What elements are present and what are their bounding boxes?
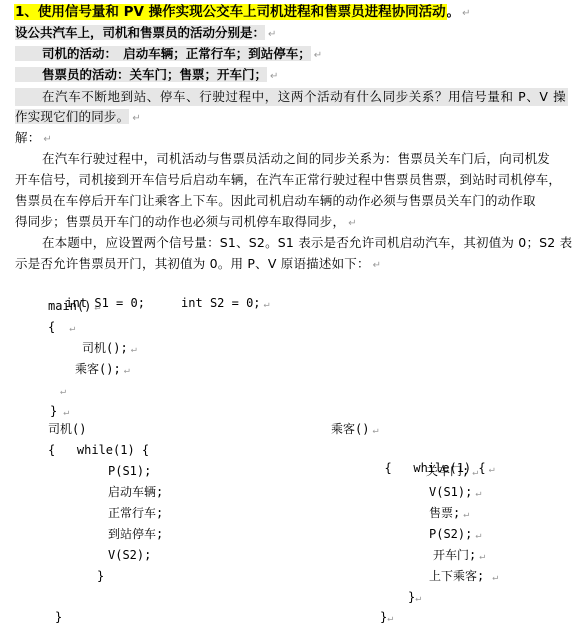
- paragraph-mark-icon: ↵: [60, 386, 66, 397]
- passenger-stmt-4: P(S2);↵: [429, 525, 481, 545]
- answer-para2-line2: 示是否允许售票员开门，其初值为 0。用 P、V 原语描述如下：↵: [15, 255, 381, 275]
- driver-stmt-3: 正常行车;: [108, 504, 163, 522]
- stmt-text: 开车门;: [433, 548, 476, 562]
- code-main-close: }↵: [50, 402, 69, 422]
- paragraph-mark-icon: ↵: [94, 302, 100, 313]
- driver-stmt-4: 到站停车;: [108, 525, 163, 543]
- paragraph-mark-icon: ↵: [264, 299, 270, 310]
- ask-line1-text: 在汽车不断地到站、停车、行驶过程中，这两个活动有什么同步关系？用信号量和 P、V…: [15, 88, 568, 106]
- passenger-stmt-2: V(S1);↵: [429, 483, 481, 503]
- answer-label: 解：↵: [15, 129, 52, 149]
- question-ask-line2: 作实现它们的同步。↵: [15, 108, 141, 128]
- passenger-close-inner: }↵: [408, 588, 421, 608]
- passenger-stmt-1: 关车门;↵: [426, 462, 478, 482]
- paragraph-mark-icon: ↵: [462, 8, 470, 19]
- code-main-header: main()↵: [48, 297, 100, 317]
- driver-header: 司机(): [48, 420, 86, 438]
- paragraph-mark-icon: ↵: [43, 134, 52, 145]
- paragraph-mark-icon: ↵: [348, 218, 357, 229]
- code-main-call-driver: 司机();↵: [82, 339, 137, 359]
- paragraph-mark-icon: ↵: [489, 464, 495, 475]
- paragraph-mark-icon: ↵: [475, 530, 481, 541]
- paragraph-mark-icon: ↵: [472, 467, 478, 478]
- title-period: 。: [447, 4, 460, 19]
- paragraph-mark-icon: ↵: [475, 488, 481, 499]
- passenger-stmt-5: 开车门;↵: [433, 546, 485, 566]
- driver-stmt-1: P(S1);: [108, 462, 151, 480]
- paragraph-mark-icon: ↵: [314, 50, 322, 61]
- passenger-header-text: 乘客(): [331, 422, 369, 436]
- driver-while-open: { while(1) {: [48, 441, 149, 459]
- intro-text: 设公共汽车上，司机和售票员的活动分别是：: [15, 25, 265, 40]
- question-title: 1、使用信号量和 PV 操作实现公交车上司机进程和售票员进程协同活动。↵: [14, 3, 471, 23]
- driver-close-outer: }: [55, 608, 62, 626]
- answer-para1-line1: 在汽车行驶过程中，司机活动与售票员活动之间的同步关系为：售票员关车门后，向司机发: [42, 150, 550, 168]
- answer-label-text: 解：: [15, 130, 40, 145]
- paragraph-mark-icon: ↵: [373, 260, 382, 271]
- paragraph-mark-icon: ↵: [132, 113, 141, 124]
- paragraph-mark-icon: ↵: [372, 425, 378, 436]
- main-open-brace: {: [48, 320, 55, 334]
- driver-stmt-2: 启动车辆;: [108, 483, 163, 501]
- paragraph-mark-icon: ↵: [270, 71, 278, 82]
- answer-para1-line3: 售票员在车停后开车门让乘客上下车。因此司机启动车辆的动作必须与售票员关车门的动作…: [15, 192, 536, 210]
- paragraph-mark-icon: ↵: [63, 407, 69, 418]
- passenger-header: 乘客()↵: [331, 420, 378, 440]
- call-driver-text: 司机();: [82, 341, 128, 355]
- paragraph-mark-icon: ↵: [131, 344, 137, 355]
- ask-line2-text: 作实现它们的同步。: [15, 109, 129, 124]
- conductor-activity: 售票员的活动：关车门；售票；开车门；↵: [15, 66, 278, 86]
- conductor-activity-text: 售票员的活动：关车门；售票；开车门；: [15, 67, 267, 82]
- driver-activity-text: 司机的活动： 启动车辆；正常行车；到站停车；: [15, 46, 311, 61]
- stmt-text: V(S1);: [429, 485, 472, 499]
- paragraph-mark-icon: ↵: [415, 593, 421, 604]
- question-intro: 设公共汽车上，司机和售票员的活动分别是：↵: [15, 24, 276, 44]
- driver-stmt-5: V(S2);: [108, 546, 151, 564]
- paragraph-mark-icon: ↵: [492, 572, 498, 583]
- stmt-text: 售票;: [429, 506, 460, 520]
- code-main-blank: ↵: [60, 381, 66, 401]
- paragraph-mark-icon: ↵: [268, 29, 276, 40]
- code-main-open: {↵: [48, 318, 75, 338]
- main-header-text: main(): [48, 299, 91, 313]
- stmt-text: P(S2);: [429, 527, 472, 541]
- answer-para1-line2: 开车信号，司机接到开车信号后启动车辆，在汽车正常行驶过程中售票员售票，到站时司机…: [15, 171, 561, 189]
- passenger-close-outer: }↵: [380, 608, 393, 627]
- para2-line2-text: 示是否允许售票员开门，其初值为 0。用 P、V 原语描述如下：: [15, 256, 370, 271]
- driver-activity: 司机的活动： 启动车辆；正常行车；到站停车；↵: [15, 45, 322, 65]
- paragraph-mark-icon: ↵: [479, 551, 485, 562]
- para1-line4-text: 得同步；售票员开车门的动作也必须与司机停车取得同步，: [15, 214, 345, 229]
- answer-para2-line1: 在本题中，应设置两个信号量：S1、S2。S1 表示是否允许司机启动汽车，其初值为…: [42, 234, 572, 252]
- stmt-text: 关车门;: [426, 464, 469, 478]
- call-passenger-text: 乘客();: [75, 362, 121, 376]
- paragraph-mark-icon: ↵: [463, 509, 469, 520]
- title-text: 1、使用信号量和 PV 操作实现公交车上司机进程和售票员进程协同活动: [14, 4, 447, 20]
- passenger-stmt-6: 上下乘客;↵: [429, 567, 498, 587]
- answer-para1-line4: 得同步；售票员开车门的动作也必须与司机停车取得同步，↵: [15, 213, 357, 233]
- passenger-stmt-3: 售票;↵: [429, 504, 469, 524]
- paragraph-mark-icon: ↵: [124, 365, 130, 376]
- question-ask-line1: 在汽车不断地到站、停车、行驶过程中，这两个活动有什么同步关系？用信号量和 P、V…: [15, 88, 568, 106]
- driver-close-inner: }: [97, 567, 104, 585]
- paragraph-mark-icon: ↵: [387, 613, 393, 624]
- stmt-text: 上下乘客;: [429, 569, 484, 583]
- code-main-call-passenger: 乘客();↵: [75, 360, 130, 380]
- main-close-brace: }: [50, 404, 57, 418]
- paragraph-mark-icon: ↵: [69, 323, 75, 334]
